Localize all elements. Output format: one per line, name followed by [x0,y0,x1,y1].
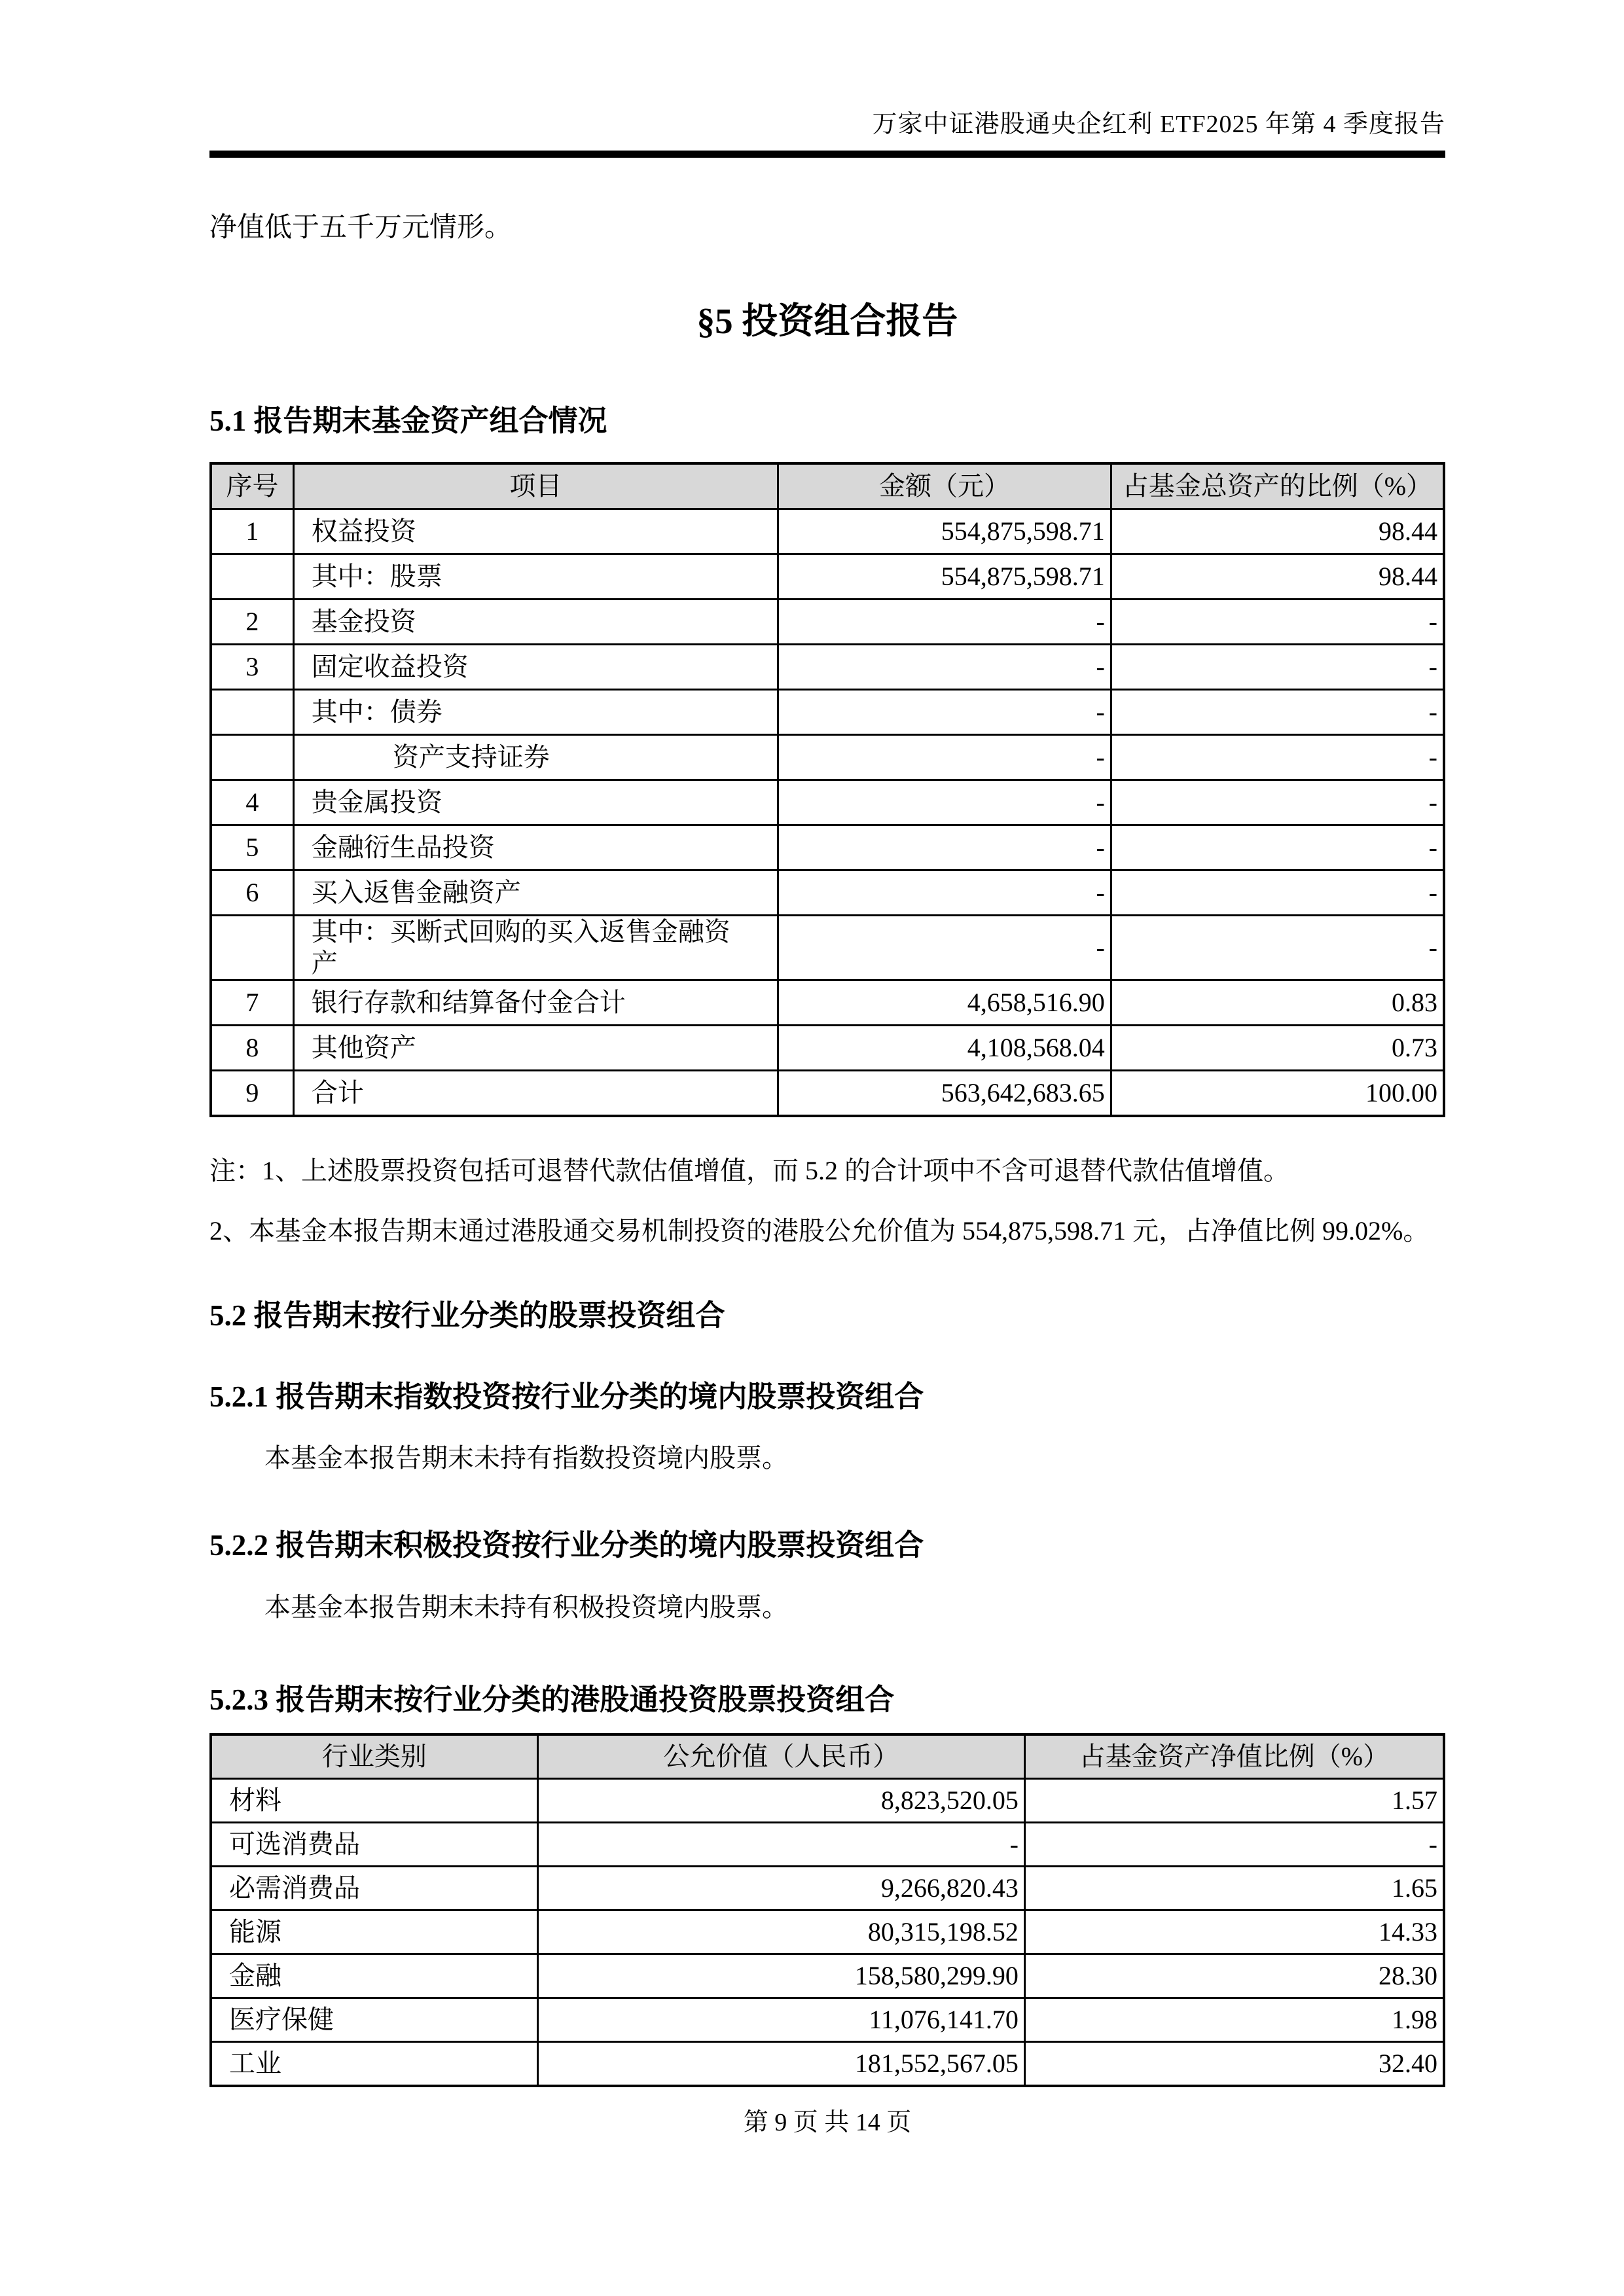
cell-item: 买入返售金融资产 [293,870,778,915]
cell-industry: 可选消费品 [211,1822,537,1866]
cell-serial [211,734,293,780]
table-row: 7 银行存款和结算备付金合计 4,658,516.90 0.83 [211,980,1444,1025]
cell-nav-ratio: - [1024,1822,1444,1866]
section-5-2-2-title: 5.2.2 报告期末积极投资按行业分类的境内股票投资组合 [209,1529,1445,1563]
cell-fair-value: - [537,1822,1024,1866]
cell-amount: - [778,870,1111,915]
cell-item: 资产支持证券 [293,734,778,780]
cell-item: 其他资产 [293,1025,778,1070]
page-number: 第 9 页 共 14 页 [209,2102,1445,2138]
note-line-2: 2、本基金本报告期末通过港股通交易机制投资的港股公允价值为 554,875,59… [209,1201,1445,1261]
cell-amount: - [778,689,1111,734]
cell-serial [211,689,293,734]
table-row: 6 买入返售金融资产 - - [211,870,1444,915]
table-row: 金融 158,580,299.90 28.30 [211,1954,1444,1998]
table-row: 2 基金投资 - - [211,599,1444,644]
note-line-1: 注：1、上述股票投资包括可退替代款估值增值，而 5.2 的合计项中不含可退替代款… [209,1141,1445,1201]
column-header-serial: 序号 [211,463,293,509]
page-header-title: 万家中证港股通央企红利 ETF2025 年第 4 季度报告 [209,0,1445,140]
cell-item: 其中：债券 [293,689,778,734]
table-row: 3 固定收益投资 - - [211,644,1444,689]
cell-serial [211,554,293,599]
cell-ratio: 98.44 [1111,554,1444,599]
section-5-2-1-text: 本基金本报告期末未持有指数投资境内股票。 [209,1443,1445,1474]
cell-serial: 5 [211,825,293,870]
cell-item: 合计 [293,1070,778,1116]
report-page: 万家中证港股通央企红利 ETF2025 年第 4 季度报告 净值低于五千万元情形… [0,0,1624,2296]
table-row: 8 其他资产 4,108,568.04 0.73 [211,1025,1444,1070]
cell-item: 其中：股票 [293,554,778,599]
cell-amount: 4,658,516.90 [778,980,1111,1025]
cell-industry: 工业 [211,2041,537,2086]
cell-nav-ratio: 1.65 [1024,1866,1444,1910]
section-5-2-1-title: 5.2.1 报告期末指数投资按行业分类的境内股票投资组合 [209,1380,1445,1414]
cell-industry: 金融 [211,1954,537,1998]
cell-serial: 3 [211,644,293,689]
cell-ratio: 0.83 [1111,980,1444,1025]
cell-ratio: - [1111,689,1444,734]
intro-paragraph: 净值低于五千万元情形。 [209,211,1445,244]
cell-serial: 6 [211,870,293,915]
cell-item: 权益投资 [293,509,778,554]
cell-ratio: - [1111,734,1444,780]
table-row: 医疗保健 11,076,141.70 1.98 [211,1998,1444,2041]
cell-ratio: - [1111,644,1444,689]
cell-ratio: - [1111,870,1444,915]
cell-amount: 563,642,683.65 [778,1070,1111,1116]
cell-fair-value: 11,076,141.70 [537,1998,1024,2041]
table-notes: 注：1、上述股票投资包括可退替代款估值增值，而 5.2 的合计项中不含可退替代款… [209,1141,1445,1261]
cell-fair-value: 9,266,820.43 [537,1866,1024,1910]
column-header-nav-ratio: 占基金资产净值比例（%） [1024,1734,1444,1779]
cell-item: 金融衍生品投资 [293,825,778,870]
cell-serial: 2 [211,599,293,644]
cell-serial: 1 [211,509,293,554]
industry-table-header-row: 行业类别 公允价值（人民币） 占基金资产净值比例（%） [211,1734,1444,1779]
cell-item: 贵金属投资 [293,780,778,825]
column-header-item: 项目 [293,463,778,509]
cell-nav-ratio: 1.98 [1024,1998,1444,2041]
section-5-title: §5 投资组合报告 [209,300,1445,342]
cell-ratio: 100.00 [1111,1070,1444,1116]
column-header-fair-value: 公允价值（人民币） [537,1734,1024,1779]
cell-industry: 医疗保健 [211,1998,537,2041]
cell-amount: - [778,734,1111,780]
cell-item: 基金投资 [293,599,778,644]
cell-serial: 4 [211,780,293,825]
cell-fair-value: 8,823,520.05 [537,1778,1024,1822]
cell-serial [211,915,293,980]
section-5-2-2-text: 本基金本报告期末未持有积极投资境内股票。 [209,1592,1445,1623]
header-rule [209,151,1445,158]
cell-ratio: - [1111,915,1444,980]
cell-amount: 554,875,598.71 [778,554,1111,599]
asset-table-header-row: 序号 项目 金额（元） 占基金总资产的比例（%） [211,463,1444,509]
table-row: 1 权益投资 554,875,598.71 98.44 [211,509,1444,554]
cell-amount: 4,108,568.04 [778,1025,1111,1070]
column-header-ratio: 占基金总资产的比例（%） [1111,463,1444,509]
cell-ratio: 0.73 [1111,1025,1444,1070]
industry-table: 行业类别 公允价值（人民币） 占基金资产净值比例（%） 材料 8,823,520… [209,1733,1445,2087]
cell-serial: 7 [211,980,293,1025]
column-header-industry: 行业类别 [211,1734,537,1779]
table-row: 工业 181,552,567.05 32.40 [211,2041,1444,2086]
cell-industry: 能源 [211,1910,537,1954]
cell-industry: 必需消费品 [211,1866,537,1910]
column-header-amount: 金额（元） [778,463,1111,509]
cell-ratio: - [1111,825,1444,870]
section-5-2-title: 5.2 报告期末按行业分类的股票投资组合 [209,1299,1445,1333]
cell-ratio: - [1111,780,1444,825]
cell-amount: - [778,915,1111,980]
cell-fair-value: 80,315,198.52 [537,1910,1024,1954]
table-row: 资产支持证券 - - [211,734,1444,780]
table-row: 必需消费品 9,266,820.43 1.65 [211,1866,1444,1910]
table-row: 4 贵金属投资 - - [211,780,1444,825]
table-row: 9 合计 563,642,683.65 100.00 [211,1070,1444,1116]
cell-nav-ratio: 28.30 [1024,1954,1444,1998]
cell-amount: - [778,644,1111,689]
cell-amount: 554,875,598.71 [778,509,1111,554]
section-5-1-title: 5.1 报告期末基金资产组合情况 [209,404,1445,439]
cell-amount: - [778,825,1111,870]
asset-composition-table: 序号 项目 金额（元） 占基金总资产的比例（%） 1 权益投资 554,875,… [209,462,1445,1117]
table-row: 可选消费品 - - [211,1822,1444,1866]
table-row: 其中：股票 554,875,598.71 98.44 [211,554,1444,599]
cell-ratio: 98.44 [1111,509,1444,554]
cell-nav-ratio: 14.33 [1024,1910,1444,1954]
cell-item: 其中：买断式回购的买入返售金融资产 [293,915,778,980]
section-5-2-3-title: 5.2.3 报告期末按行业分类的港股通投资股票投资组合 [209,1683,1445,1717]
cell-amount: - [778,599,1111,644]
cell-fair-value: 158,580,299.90 [537,1954,1024,1998]
cell-item: 银行存款和结算备付金合计 [293,980,778,1025]
table-row: 其中：债券 - - [211,689,1444,734]
table-row: 能源 80,315,198.52 14.33 [211,1910,1444,1954]
cell-item: 固定收益投资 [293,644,778,689]
cell-industry: 材料 [211,1778,537,1822]
cell-nav-ratio: 32.40 [1024,2041,1444,2086]
cell-nav-ratio: 1.57 [1024,1778,1444,1822]
cell-fair-value: 181,552,567.05 [537,2041,1024,2086]
table-row: 材料 8,823,520.05 1.57 [211,1778,1444,1822]
cell-serial: 9 [211,1070,293,1116]
table-row: 5 金融衍生品投资 - - [211,825,1444,870]
cell-serial: 8 [211,1025,293,1070]
table-row: 其中：买断式回购的买入返售金融资产 - - [211,915,1444,980]
cell-ratio: - [1111,599,1444,644]
cell-amount: - [778,780,1111,825]
